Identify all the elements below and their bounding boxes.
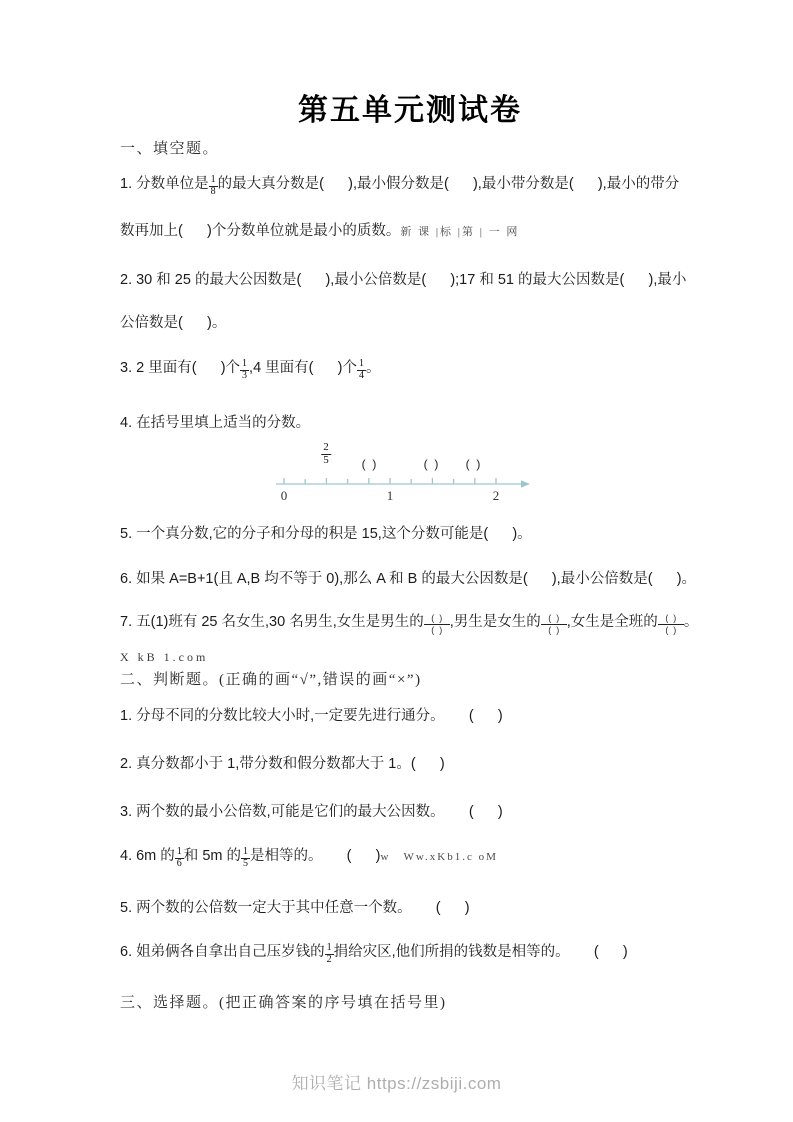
fraction-numerator: 1 bbox=[175, 847, 184, 858]
judge-q5: 5. 两个数的公倍数一定大于其中任意一个数。 ( ) bbox=[120, 898, 720, 919]
fraction-denominator: 8 bbox=[209, 186, 218, 198]
section2-heading: 二、判断题。(正确的画“√”,错误的画“×”) bbox=[120, 668, 720, 689]
fraction-denominator: 5 bbox=[241, 858, 250, 870]
blank-fraction-1: ( )( ) bbox=[424, 613, 450, 637]
judge-q3: 3. 两个数的最小公倍数,可能是它们的最大公因数。 ( ) bbox=[120, 802, 720, 823]
text-segment: 6. 姐弟俩各自拿出自己压岁钱的 bbox=[120, 944, 325, 960]
site-footer: 知识笔记 https://zsbiji.com bbox=[0, 1069, 793, 1094]
fraction-1-6: 16 bbox=[175, 847, 184, 869]
text-segment: 捐给灾区,他们所捐的钱数是相等的。 ( ) bbox=[334, 944, 628, 960]
axis-arrow-icon bbox=[521, 480, 530, 488]
blank-fraction-denominator: ( ) bbox=[424, 624, 450, 636]
axis-group bbox=[276, 478, 522, 484]
section3-heading: 三、选择题。(把正确答案的序号填在括号里) bbox=[120, 991, 720, 1012]
judge-q6: 6. 姐弟俩各自拿出自己压岁钱的12捐给灾区,他们所捐的钱数是相等的。 ( ) bbox=[120, 942, 720, 965]
judge-q1: 1. 分母不同的分数比较大小时,一定要先进行通分。 ( ) bbox=[120, 706, 720, 727]
judge-q2: 2. 真分数都小于 1,带分数和假分数都大于 1。( ) bbox=[120, 754, 720, 775]
text-segment: 。 bbox=[684, 614, 699, 630]
fraction-1-5: 15 bbox=[241, 847, 250, 869]
blank-fraction-2: ( )( ) bbox=[541, 613, 567, 637]
fraction-numerator: 1 bbox=[325, 943, 334, 954]
fraction-denominator: 6 bbox=[175, 858, 184, 870]
blank-fraction-denominator: ( ) bbox=[541, 624, 567, 636]
fill-q4: 4. 在括号里填上适当的分数。 bbox=[120, 413, 720, 434]
text-segment: 7. 五(1)班有 25 名女生,30 名男生,女生是男生的 bbox=[120, 614, 424, 630]
numberline-blank-2: ( ) bbox=[424, 457, 439, 471]
text-segment: 。 bbox=[366, 360, 381, 376]
fill-q1-line1: 1. 分数单位是18的最大真分数是( ),最小假分数是( ),最小带分数是( )… bbox=[120, 174, 720, 197]
fraction-denominator: 3 bbox=[240, 370, 249, 382]
number-line-axis bbox=[276, 444, 566, 506]
numberline-blank-3: ( ) bbox=[466, 457, 481, 471]
fill-q2-line2: 公倍数是( )。 bbox=[120, 313, 720, 334]
fraction-2-5: 25 bbox=[321, 442, 331, 466]
text-segment: ,女生是全班的 bbox=[567, 614, 658, 630]
blank-fraction-numerator: ( ) bbox=[424, 613, 450, 624]
text-segment: 数再加上( )个分数单位就是最小的质数。 bbox=[120, 223, 400, 239]
watermark-xkb-inline-2: w Ww.xKb1.c oM bbox=[381, 851, 498, 863]
text-segment: 1. 分数单位是 bbox=[120, 176, 209, 192]
watermark-xkb-inline: 新 课 |标 |第 | 一 网 bbox=[400, 226, 519, 238]
judge-q4: 4. 6m 的16和 5m 的15是相等的。 ( )w Ww.xKb1.c oM bbox=[120, 846, 720, 869]
fraction-numerator: 2 bbox=[321, 442, 331, 454]
watermark-xkb1com: X kB 1.com bbox=[120, 650, 720, 665]
fraction-denominator: 2 bbox=[325, 954, 334, 966]
fill-q6: 6. 如果 A=B+1(且 A,B 均不等于 0),那么 A 和 B 的最大公因… bbox=[120, 569, 720, 590]
blank-fraction-denominator: ( ) bbox=[658, 624, 684, 636]
fraction-numerator: 1 bbox=[241, 847, 250, 858]
numberline-label-2: 2 bbox=[493, 488, 500, 504]
section1-heading: 一、填空题。 bbox=[120, 137, 720, 158]
blank-fraction-3: ( )( ) bbox=[658, 613, 684, 637]
blank-fraction-numerator: ( ) bbox=[541, 613, 567, 624]
worksheet-page: 第五单元测试卷 一、填空题。 1. 分数单位是18的最大真分数是( ),最小假分… bbox=[0, 0, 793, 1122]
fraction-1-4: 14 bbox=[357, 359, 366, 381]
text-segment: ,4 里面有( )个 bbox=[249, 360, 357, 376]
text-segment: 4. 6m 的 bbox=[120, 848, 175, 864]
text-segment: 3. 2 里面有( )个 bbox=[120, 360, 240, 376]
fraction-numerator: 1 bbox=[209, 175, 218, 186]
worksheet-content: 第五单元测试卷 一、填空题。 1. 分数单位是18的最大真分数是( ),最小假分… bbox=[120, 0, 720, 1012]
numberline-blank-1: ( ) bbox=[362, 457, 377, 471]
fraction-1-2: 12 bbox=[325, 943, 334, 965]
fill-q5: 5. 一个真分数,它的分子和分母的积是 15,这个分数可能是( )。 bbox=[120, 524, 720, 545]
fraction-numerator: 1 bbox=[357, 359, 366, 370]
numberline-fraction-2-5: 25 bbox=[321, 442, 331, 468]
fill-q2-line1: 2. 30 和 25 的最大公因数是( ),最小公倍数是( );17 和 51 … bbox=[120, 270, 720, 291]
text-segment: 和 5m 的 bbox=[184, 848, 241, 864]
fraction-1-8: 18 bbox=[209, 175, 218, 197]
page-title: 第五单元测试卷 bbox=[120, 85, 700, 129]
fraction-1-3: 13 bbox=[240, 359, 249, 381]
numberline-label-0: 0 bbox=[281, 488, 288, 504]
blank-fraction-numerator: ( ) bbox=[658, 613, 684, 624]
fill-q1-line2: 数再加上( )个分数单位就是最小的质数。新 课 |标 |第 | 一 网 bbox=[120, 221, 720, 242]
numberline-label-1: 1 bbox=[387, 488, 394, 504]
text-segment: ,男生是女生的 bbox=[450, 614, 541, 630]
number-line: 25 ( ) ( ) ( ) 0 1 2 bbox=[276, 444, 566, 506]
fraction-denominator: 5 bbox=[321, 454, 331, 467]
text-segment: 是相等的。 ( ) bbox=[250, 848, 381, 864]
fill-q3: 3. 2 里面有( )个13,4 里面有( )个14。 bbox=[120, 358, 720, 381]
text-segment: 的最大真分数是( ),最小假分数是( ),最小带分数是( ),最小的带分 bbox=[218, 176, 680, 192]
fraction-numerator: 1 bbox=[240, 359, 249, 370]
fill-q7: 7. 五(1)班有 25 名女生,30 名男生,女生是男生的( )( ),男生是… bbox=[120, 612, 720, 636]
fraction-denominator: 4 bbox=[357, 370, 366, 382]
